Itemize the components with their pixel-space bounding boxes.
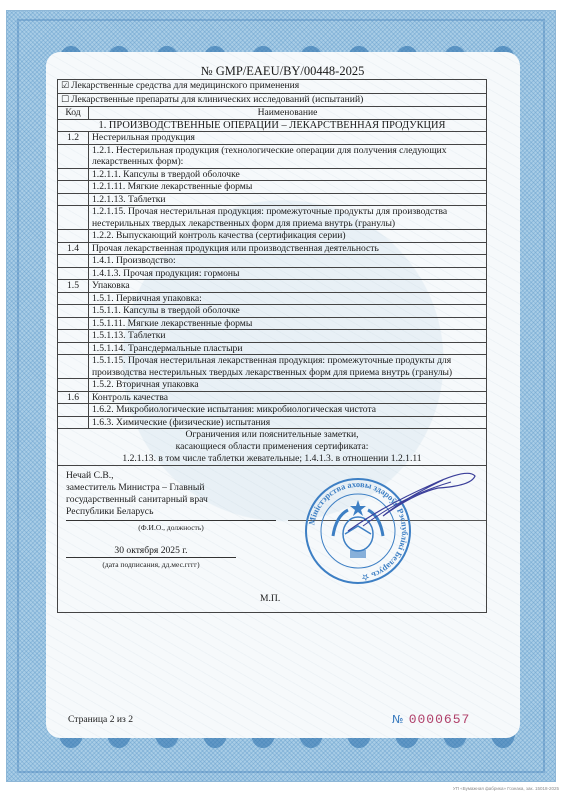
row-name: 1.6.2. Микробиологические испытания: мик…	[89, 404, 487, 417]
row-name: 1.2.2. Выпускающий контроль качества (се…	[89, 230, 487, 243]
row-code	[58, 305, 89, 318]
row-code	[58, 292, 89, 305]
row-name: 1.5.1. Первичная упаковка:	[89, 292, 487, 305]
table-row: 1.2.1.13. Таблетки	[58, 193, 487, 206]
scope-table: ☑Лекарственные средства для медицинского…	[57, 79, 487, 613]
row-name: 1.2.1.11. Мягкие лекарственные формы	[89, 181, 487, 194]
row-code	[58, 404, 89, 417]
table-row: 1.5.2. Вторичная упаковка	[58, 379, 487, 392]
row-name: 1.2.1. Нестерильная продукция (технологи…	[89, 144, 487, 168]
row-name: 1.5.1.1. Капсулы в твердой оболочке	[89, 305, 487, 318]
row-code	[58, 379, 89, 392]
table-row: 1.6.3. Химические (физические) испытания	[58, 416, 487, 429]
table-row: 1.2Нестерильная продукция	[58, 132, 487, 145]
table-row: 1.2.2. Выпускающий контроль качества (се…	[58, 230, 487, 243]
row-name: Контроль качества	[89, 391, 487, 404]
checkbox-row-clinical: ☐Лекарственные препараты для клинических…	[58, 93, 487, 107]
row-name: 1.2.1.13. Таблетки	[89, 193, 487, 206]
section-title: 1. ПРОИЗВОДСТВЕННЫЕ ОПЕРАЦИИ – ЛЕКАРСТВЕ…	[58, 119, 487, 132]
certificate-number: № GMP/EAEU/BY/00448-2025	[0, 64, 565, 79]
row-code	[58, 255, 89, 268]
name-underline	[66, 520, 276, 521]
row-code	[58, 317, 89, 330]
row-code: 1.2	[58, 132, 89, 145]
table-row: 1.2.1.11. Мягкие лекарственные формы	[58, 181, 487, 194]
row-name: 1.5.1.15. Прочая нестерильная лекарствен…	[89, 355, 487, 379]
row-name: 1.5.1.13. Таблетки	[89, 330, 487, 343]
row-name: Прочая лекарственная продукция или произ…	[89, 242, 487, 255]
table-row: 1.5.1. Первичная упаковка:	[58, 292, 487, 305]
notes-row: Ограничения или пояснительные заметки, к…	[58, 429, 487, 466]
serial-digits: 0000657	[409, 712, 471, 727]
table-row: 1.5.1.11. Мягкие лекарственные формы	[58, 317, 487, 330]
table-header-row: Код Наименование	[58, 107, 487, 120]
seal-place-label: М.П.	[260, 593, 280, 605]
notes-heading-2: касающиеся области применения сертификат…	[61, 441, 483, 453]
table-row: 1.5.1.15. Прочая нестерильная лекарствен…	[58, 355, 487, 379]
table-row: 1.2.1.15. Прочая нестерильная продукция:…	[58, 206, 487, 230]
table-row: 1.4.1. Производство:	[58, 255, 487, 268]
row-name: Нестерильная продукция	[89, 132, 487, 145]
row-code	[58, 342, 89, 355]
date-underline	[66, 557, 236, 558]
row-name: 1.5.2. Вторичная упаковка	[89, 379, 487, 392]
row-name: 1.4.1. Производство:	[89, 255, 487, 268]
date-caption: (дата подписания, дд.мес.гггг)	[66, 559, 236, 571]
signatory-position-1: заместитель Министра – Главный	[66, 482, 242, 494]
row-code	[58, 355, 89, 379]
header-name: Наименование	[89, 107, 487, 120]
row-code: 1.5	[58, 280, 89, 293]
notes-text: 1.2.1.13. в том числе таблетки жевательн…	[61, 453, 483, 465]
checkbox-row-medicinal: ☑Лекарственные средства для медицинского…	[58, 80, 487, 94]
page-indicator: Страница 2 из 2	[68, 714, 133, 725]
row-name: 1.6.3. Химические (физические) испытания	[89, 416, 487, 429]
row-code: 1.6	[58, 391, 89, 404]
table-row: 1.2.1.1. Капсулы в твердой оболочке	[58, 168, 487, 181]
printer-imprint: УП «Бумажная фабрика» Гознака, зак. 1501…	[453, 786, 559, 791]
section-title-row: 1. ПРОИЗВОДСТВЕННЫЕ ОПЕРАЦИИ – ЛЕКАРСТВЕ…	[58, 119, 487, 132]
signatory-block: Нечай С.В., заместитель Министра – Главн…	[66, 470, 242, 518]
row-code	[58, 181, 89, 194]
row-name: 1.4.1.3. Прочая продукция: гормоны	[89, 267, 487, 280]
table-row: 1.2.1. Нестерильная продукция (технологи…	[58, 144, 487, 168]
serial-prefix: №	[392, 713, 404, 726]
signature-row: Нечай С.В., заместитель Министра – Главн…	[58, 466, 487, 613]
signatory-position-2: государственный санитарный врач	[66, 494, 242, 506]
signatory-name: Нечай С.В.,	[66, 470, 242, 482]
table-row: 1.5Упаковка	[58, 280, 487, 293]
signing-date: 30 октября 2025 г.	[66, 545, 236, 557]
checkbox-label: Лекарственные препараты для клинических …	[71, 94, 363, 105]
row-code	[58, 193, 89, 206]
table-row: 1.6Контроль качества	[58, 391, 487, 404]
checkbox-checked-icon: ☑	[61, 81, 69, 91]
checkbox-unchecked-icon: ☐	[61, 95, 69, 105]
table-row: 1.4Прочая лекарственная продукция или пр…	[58, 242, 487, 255]
row-code	[58, 144, 89, 168]
row-code: 1.4	[58, 242, 89, 255]
table-row: 1.6.2. Микробиологические испытания: мик…	[58, 404, 487, 417]
name-caption: (Ф.И.О., должность)	[66, 522, 276, 534]
row-name: Упаковка	[89, 280, 487, 293]
row-code	[58, 230, 89, 243]
checkbox-label: Лекарственные средства для медицинского …	[71, 80, 299, 91]
row-name: 1.2.1.15. Прочая нестерильная продукция:…	[89, 206, 487, 230]
table-row: 1.5.1.13. Таблетки	[58, 330, 487, 343]
table-row: 1.4.1.3. Прочая продукция: гормоны	[58, 267, 487, 280]
row-name: 1.5.1.14. Трансдермальные пластыри	[89, 342, 487, 355]
row-code	[58, 416, 89, 429]
signatory-position-3: Республики Беларусь	[66, 506, 242, 518]
table-row: 1.5.1.1. Капсулы в твердой оболочке	[58, 305, 487, 318]
row-name: 1.5.1.11. Мягкие лекарственные формы	[89, 317, 487, 330]
blank-serial-number: № 0000657	[392, 711, 470, 727]
row-code	[58, 267, 89, 280]
table-row: 1.5.1.14. Трансдермальные пластыри	[58, 342, 487, 355]
notes-heading-1: Ограничения или пояснительные заметки,	[61, 429, 483, 441]
row-name: 1.2.1.1. Капсулы в твердой оболочке	[89, 168, 487, 181]
row-code	[58, 168, 89, 181]
row-code	[58, 206, 89, 230]
signature-scribble	[343, 466, 483, 536]
row-code	[58, 330, 89, 343]
header-code: Код	[58, 107, 89, 120]
